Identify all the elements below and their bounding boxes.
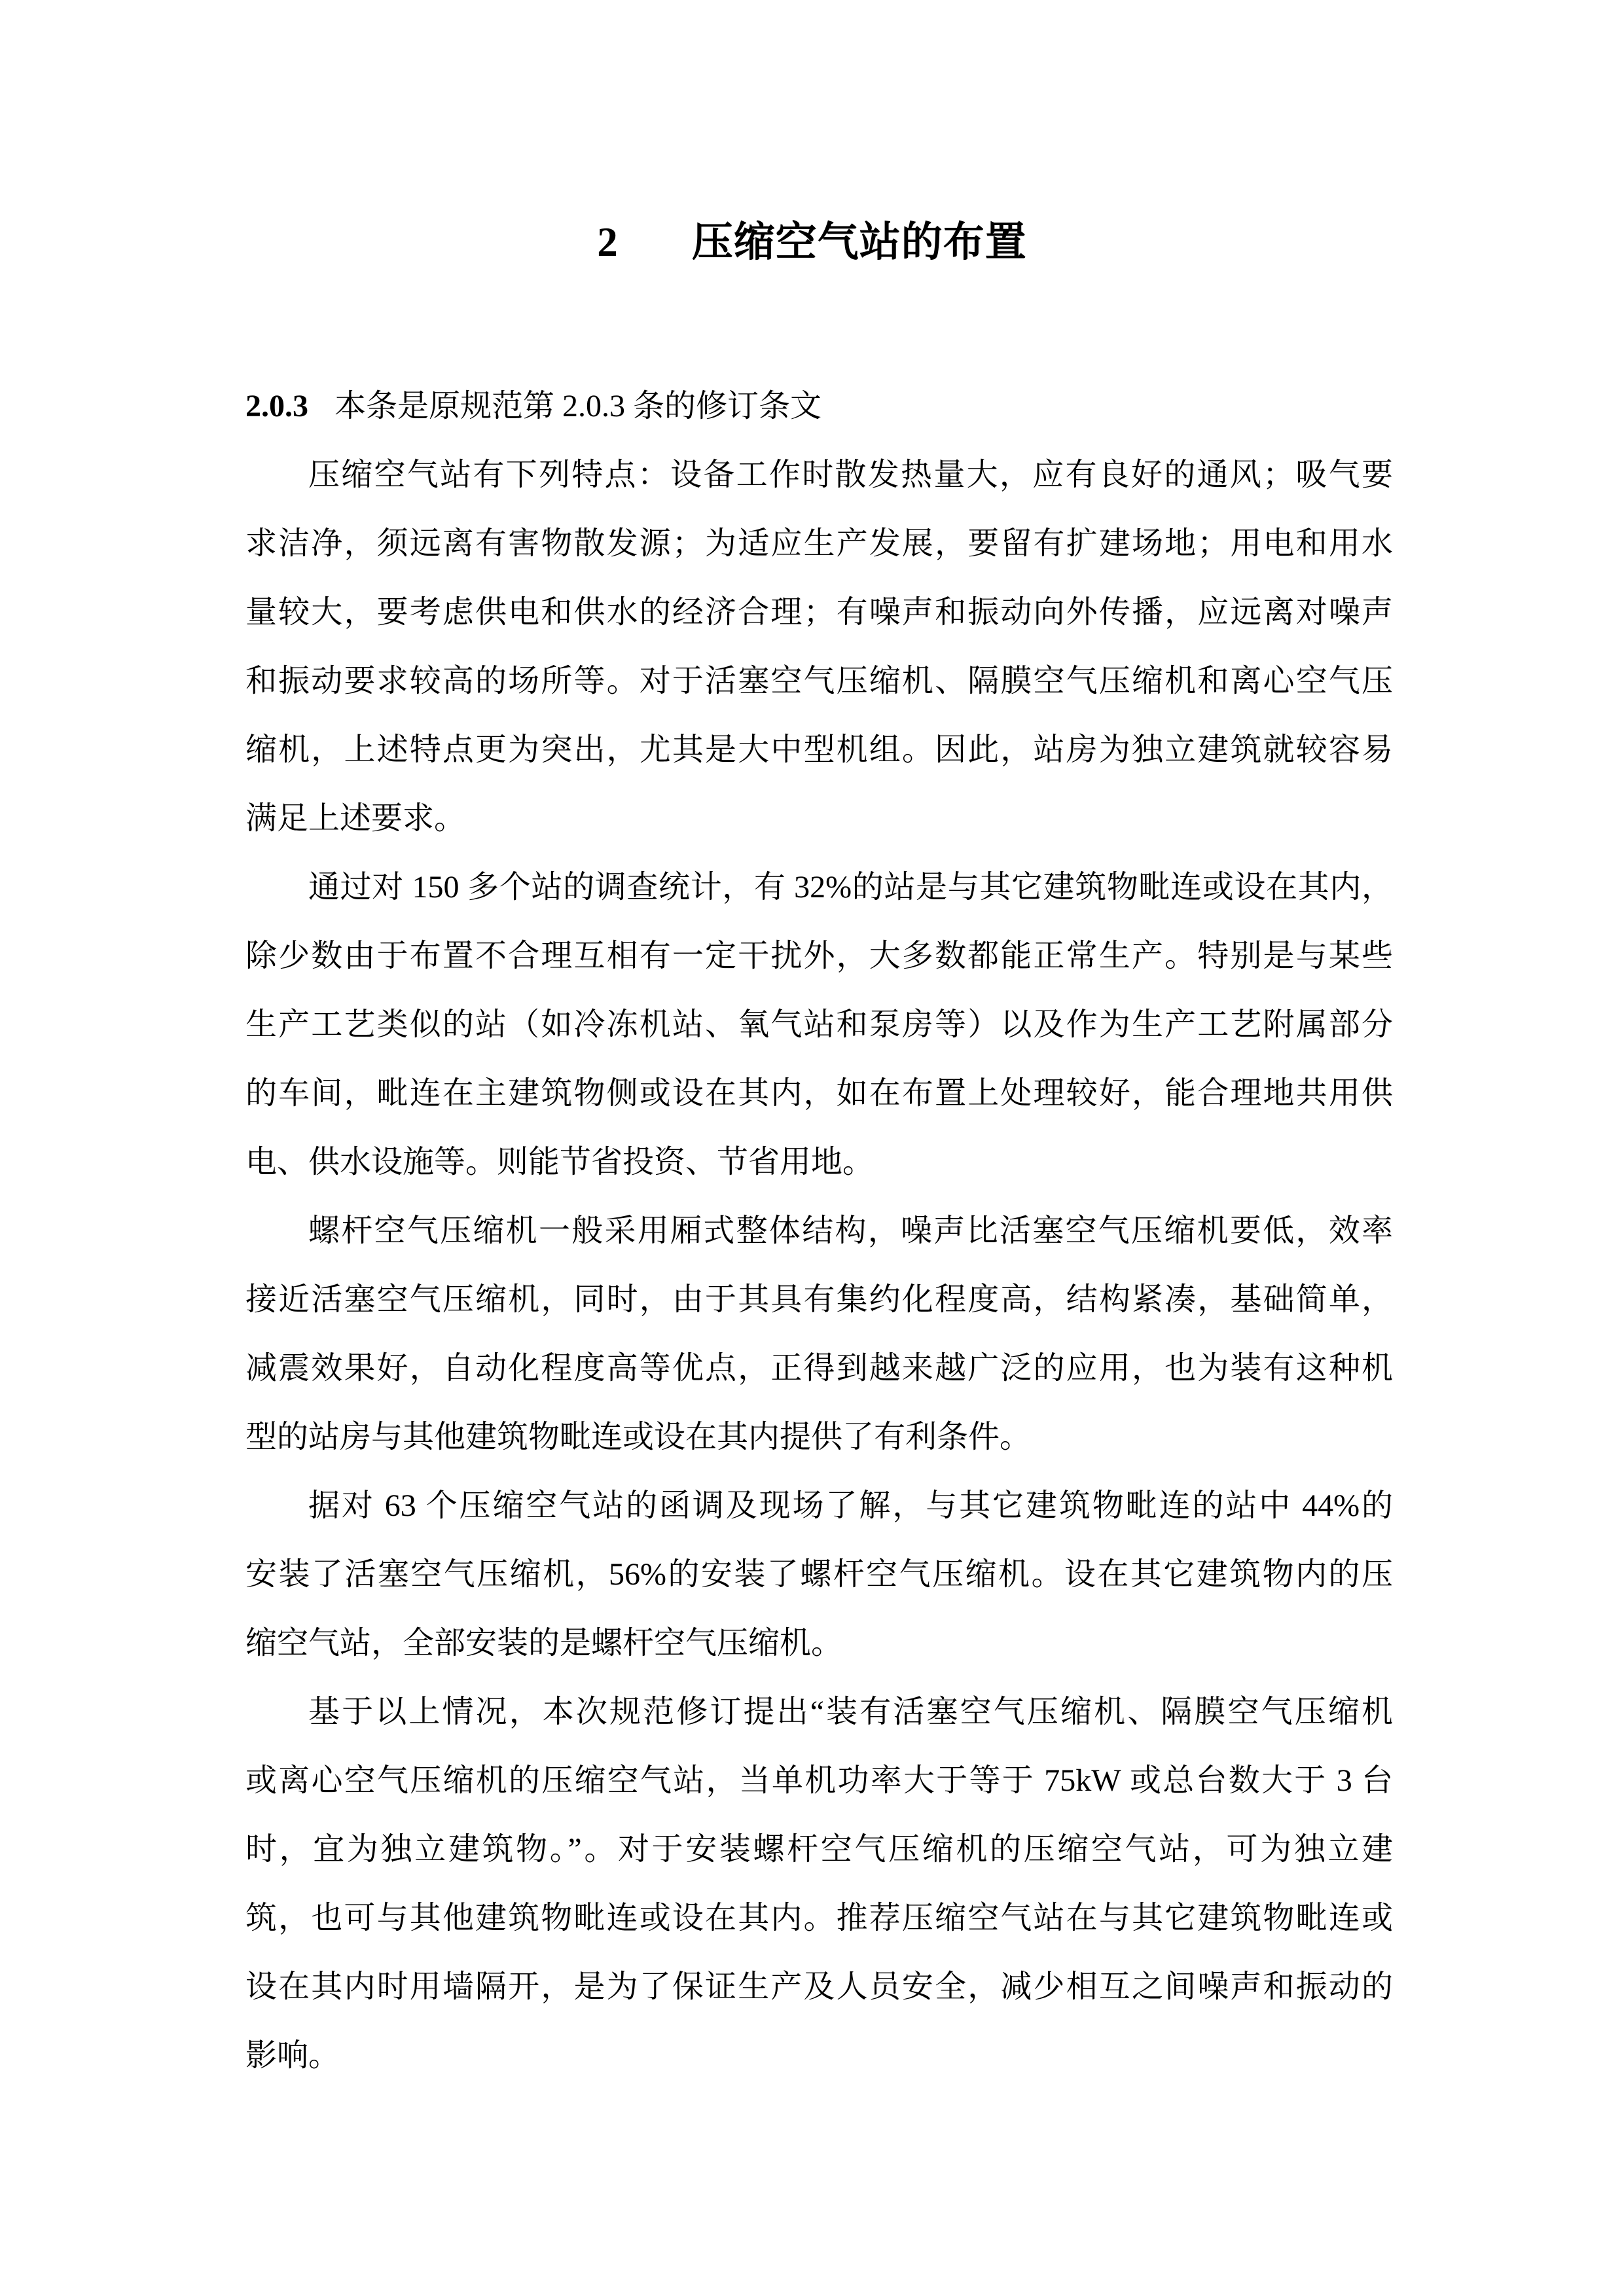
- clause-heading-text: 本条是原规范第 2.0.3 条的修订条文: [334, 389, 821, 423]
- document-page: 2压缩空气站的布置 2.0.3本条是原规范第 2.0.3 条的修订条文 压缩空气…: [0, 0, 1624, 2296]
- body-line: 满足上述要求。: [245, 784, 1393, 853]
- paragraph-2: 通过对 150 多个站的调查统计，有 32%的站是与其它建筑物毗连或设在其内， …: [245, 853, 1393, 1196]
- paragraph-1: 压缩空气站有下列特点：设备工作时散发热量大，应有良好的通风；吸气要 求洁净，须远…: [245, 440, 1393, 853]
- body-line: 减震效果好，自动化程度高等优点，正得到越来越广泛的应用，也为装有这种机: [245, 1334, 1393, 1403]
- body-line: 量较大，要考虑供电和供水的经济合理；有噪声和振动向外传播，应远离对噪声: [245, 578, 1393, 647]
- body-line: 缩机，上述特点更为突出，尤其是大中型机组。因此，站房为独立建筑就较容易: [245, 715, 1393, 784]
- paragraph-3: 螺杆空气压缩机一般采用厢式整体结构，噪声比活塞空气压缩机要低，效率 接近活塞空气…: [245, 1196, 1393, 1471]
- chapter-number: 2: [597, 219, 619, 265]
- page-background: { "document": { "title": { "number": "2"…: [0, 0, 1624, 2296]
- body-line: 求洁净，须远离有害物散发源；为适应生产发展，要留有扩建场地；用电和用水: [245, 509, 1393, 578]
- body-line: 筑，也可与其他建筑物毗连或设在其内。推荐压缩空气站在与其它建筑物毗连或: [245, 1884, 1393, 1952]
- body-line: 生产工艺类似的站（如冷冻机站、氧气站和泵房等）以及作为生产工艺附属部分: [245, 990, 1393, 1059]
- body-line: 的车间，毗连在主建筑物侧或设在其内，如在布置上处理较好，能合理地共用供: [245, 1059, 1393, 1128]
- body-line: 型的站房与其他建筑物毗连或设在其内提供了有利条件。: [245, 1403, 1393, 1471]
- body-line: 影响。: [245, 2021, 1393, 2090]
- body-line: 或离心空气压缩机的压缩空气站，当单机功率大于等于 75kW 或总台数大于 3 台: [245, 1746, 1393, 1815]
- paragraph-5: 基于以上情况，本次规范修订提出“装有活塞空气压缩机、隔膜空气压缩机 或离心空气压…: [245, 1677, 1393, 2090]
- body-line: 电、供水设施等。则能节省投资、节省用地。: [245, 1128, 1393, 1196]
- body-line: 接近活塞空气压缩机，同时，由于其具有集约化程度高，结构紧凑，基础简单，: [245, 1265, 1393, 1334]
- body-line: 据对 63 个压缩空气站的函调及现场了解，与其它建筑物毗连的站中 44%的: [245, 1471, 1393, 1540]
- body-line: 设在其内时用墙隔开，是为了保证生产及人员安全，减少相互之间噪声和振动的: [245, 1952, 1393, 2021]
- clause-number: 2.0.3: [245, 389, 308, 423]
- body-line: 时，宜为独立建筑物。”。对于安装螺杆空气压缩机的压缩空气站，可为独立建: [245, 1815, 1393, 1884]
- body-line: 螺杆空气压缩机一般采用厢式整体结构，噪声比活塞空气压缩机要低，效率: [245, 1196, 1393, 1265]
- paragraph-4: 据对 63 个压缩空气站的函调及现场了解，与其它建筑物毗连的站中 44%的 安装…: [245, 1471, 1393, 1677]
- clause-heading: 2.0.3本条是原规范第 2.0.3 条的修订条文: [245, 372, 1393, 440]
- page-title: 2压缩空气站的布置: [0, 216, 1624, 268]
- body-line: 除少数由于布置不合理互相有一定干扰外，大多数都能正常生产。特别是与某些: [245, 922, 1393, 990]
- body-line: 缩空气站，全部安装的是螺杆空气压缩机。: [245, 1609, 1393, 1677]
- body-line: 和振动要求较高的场所等。对于活塞空气压缩机、隔膜空气压缩机和离心空气压: [245, 647, 1393, 715]
- body-line: 通过对 150 多个站的调查统计，有 32%的站是与其它建筑物毗连或设在其内，: [245, 853, 1393, 922]
- body-line: 安装了活塞空气压缩机，56%的安装了螺杆空气压缩机。设在其它建筑物内的压: [245, 1540, 1393, 1609]
- body-line: 基于以上情况，本次规范修订提出“装有活塞空气压缩机、隔膜空气压缩机: [245, 1677, 1393, 1746]
- chapter-title-text: 压缩空气站的布置: [692, 219, 1027, 265]
- document-body: 2.0.3本条是原规范第 2.0.3 条的修订条文 压缩空气站有下列特点：设备工…: [245, 372, 1393, 2090]
- body-line: 压缩空气站有下列特点：设备工作时散发热量大，应有良好的通风；吸气要: [245, 440, 1393, 509]
